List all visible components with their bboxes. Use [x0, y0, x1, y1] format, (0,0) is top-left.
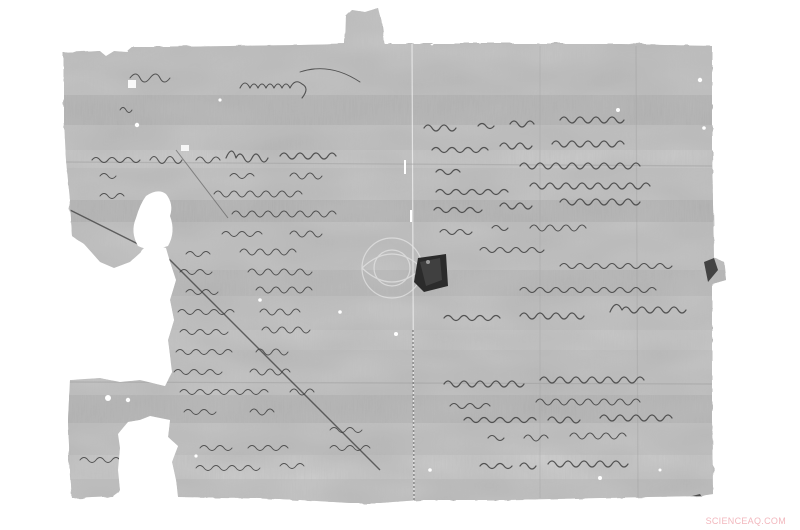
- site-watermark: SCIENCEAQ.COM: [706, 516, 786, 526]
- document-viewer: SCIENCEAQ.COM: [0, 0, 800, 530]
- historical-letter-scan: [0, 0, 800, 530]
- wax-seal: [414, 254, 448, 292]
